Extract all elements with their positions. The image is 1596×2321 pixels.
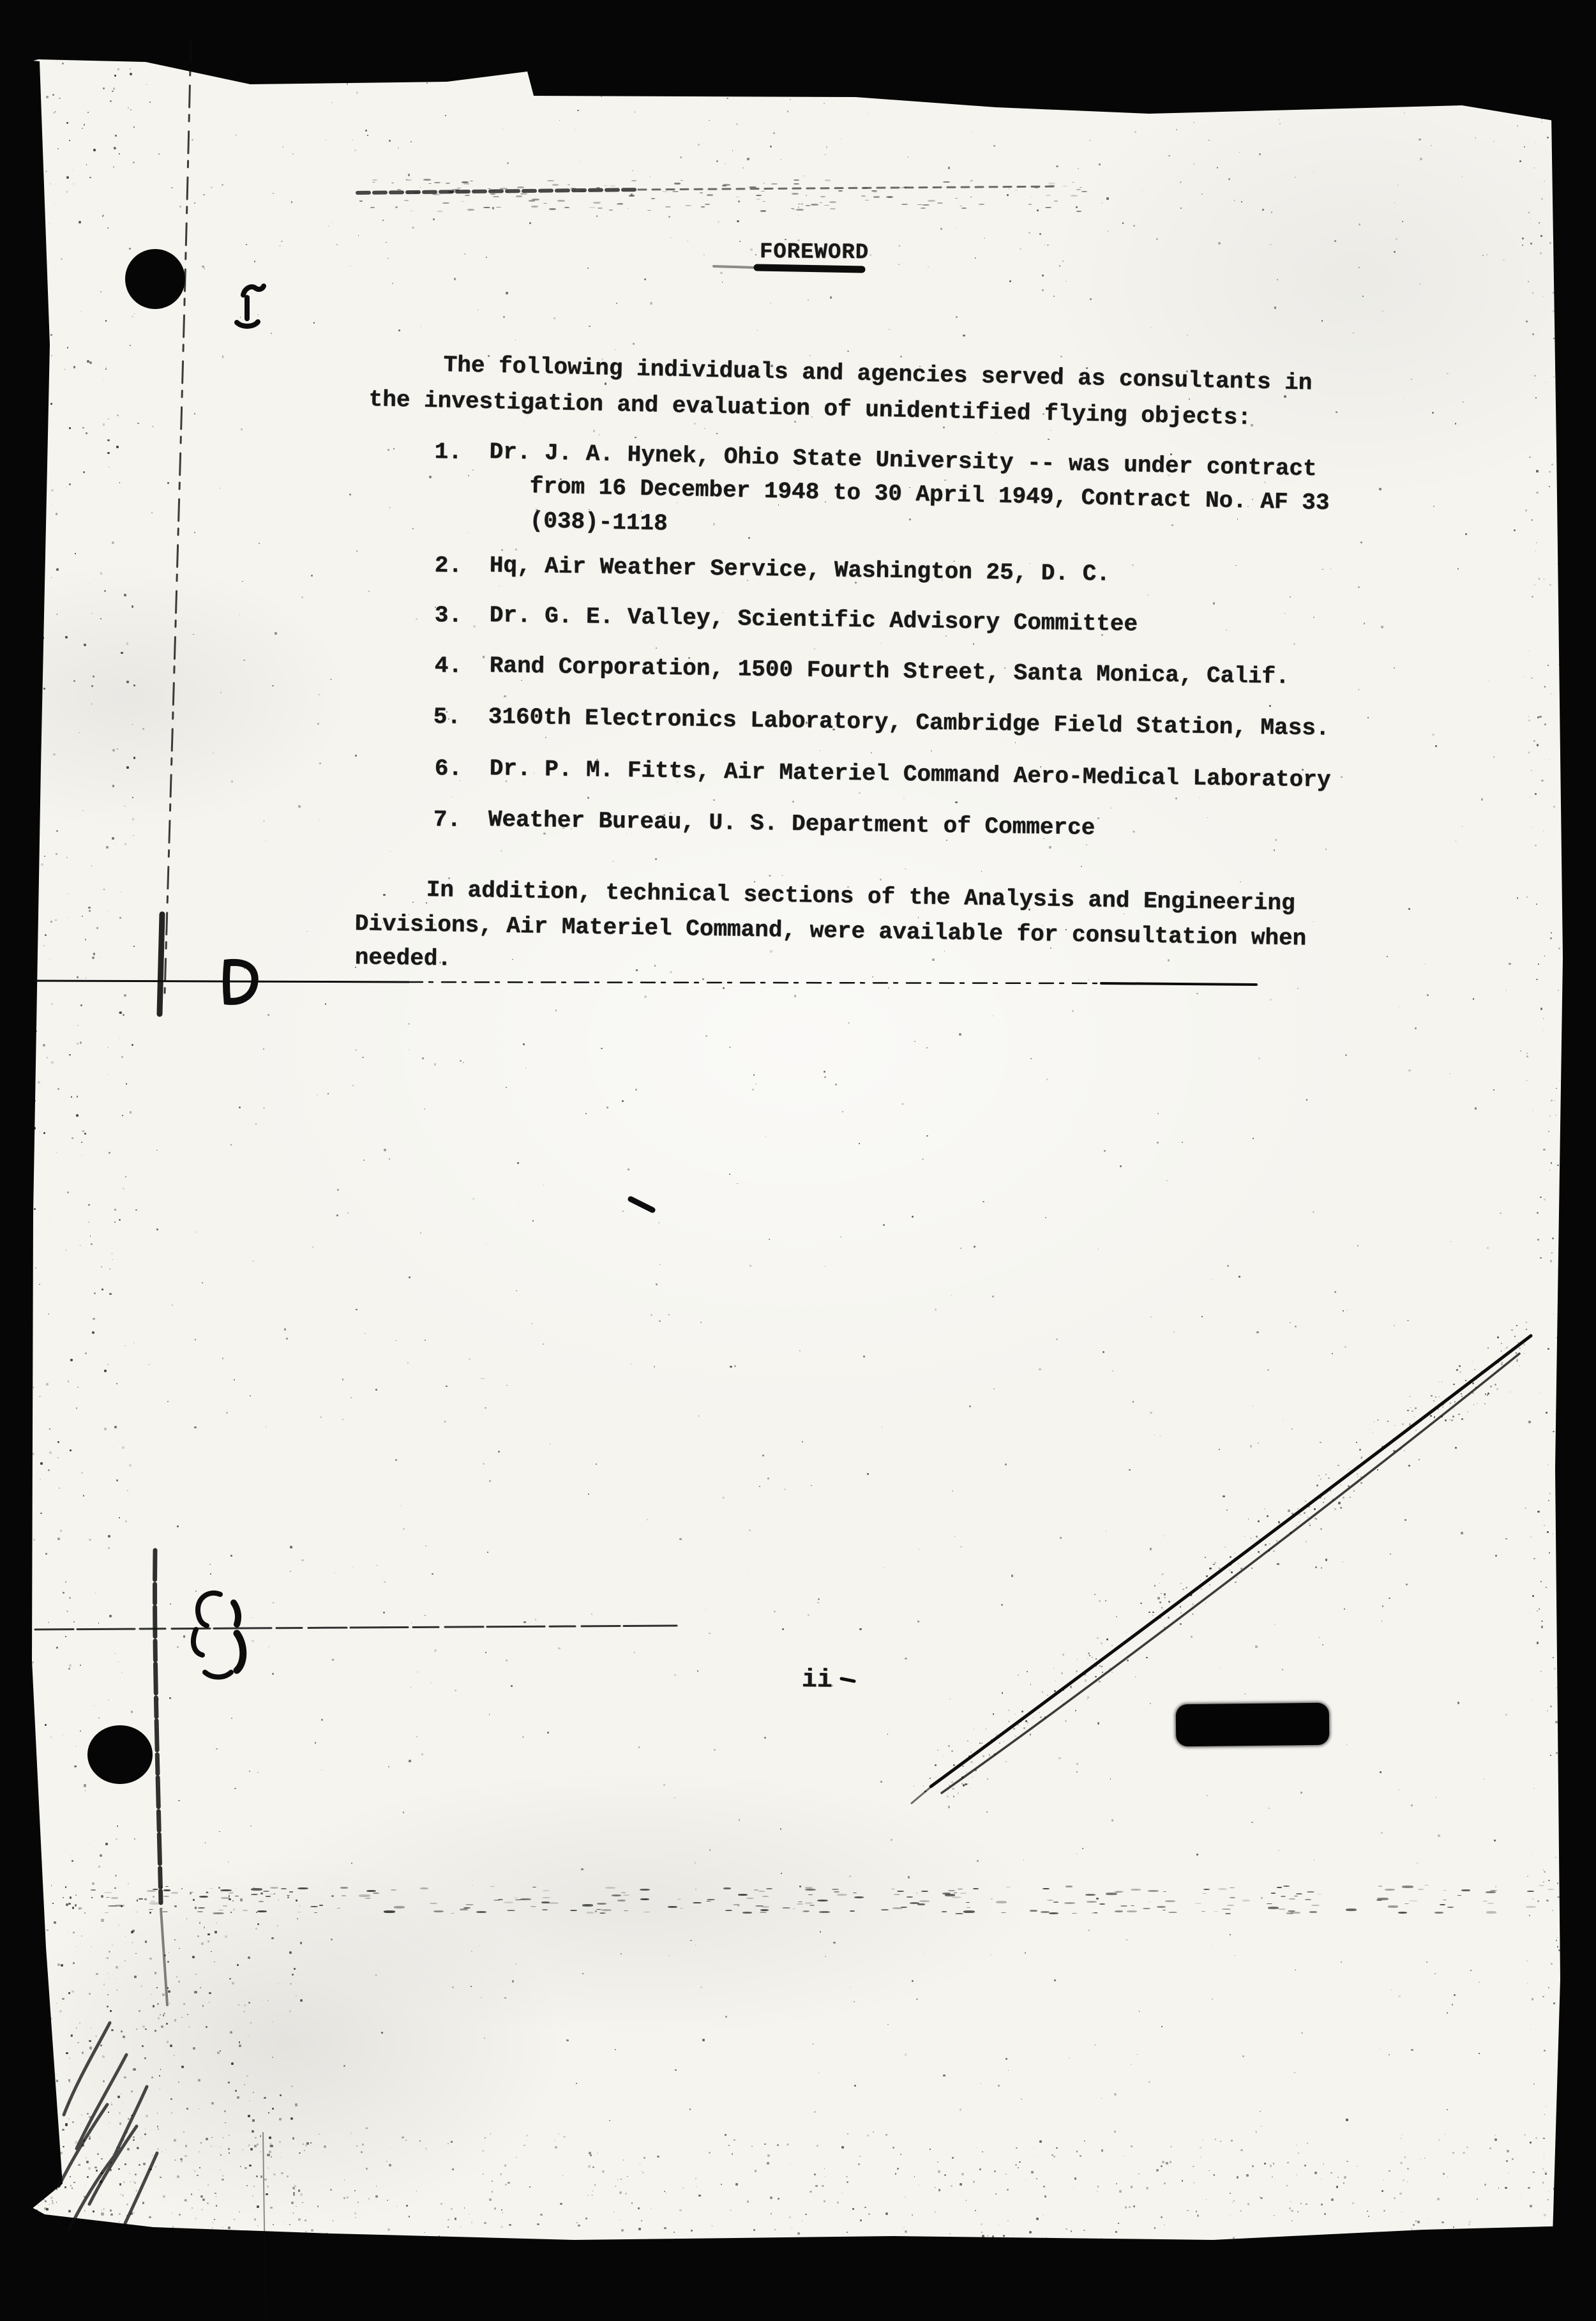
scan-border-left (0, 57, 63, 2235)
scan-border-top (0, 0, 1596, 128)
list-item-number: 6. (434, 757, 462, 781)
crease-line (35, 981, 409, 982)
fold-line (155, 1550, 161, 1903)
crease-line (409, 982, 1101, 983)
scan-border-right (1550, 0, 1596, 2321)
scanned-document-page: FOREWORD The following individuals and a… (0, 0, 1596, 2321)
fold-line (160, 914, 162, 1014)
title-underline (757, 268, 862, 269)
fold-line (161, 1909, 167, 2005)
closing-line: needed. (354, 946, 451, 971)
list-item-text: Weather Bureau, U. S. Department of Comm… (488, 808, 1095, 840)
list-item-number: 7. (433, 808, 461, 832)
list-item-text: 3160th Electronics Laboratory, Cambridge… (488, 706, 1329, 740)
fold-line (263, 2133, 266, 2318)
page-number: ii (802, 1668, 832, 1693)
closing-line: In addition, technical sections of the A… (426, 879, 1295, 915)
scribble-i-mark (237, 286, 264, 326)
page-title: FOREWORD (760, 241, 869, 264)
diagonal-crease (912, 1786, 932, 1803)
pen-slash-mark (631, 1199, 652, 1210)
hole-punch-icon (125, 249, 185, 309)
list-item-text: (038)-1118 (529, 510, 668, 536)
list-item-number: 5. (433, 706, 461, 729)
list-item-number: 3. (434, 604, 462, 628)
list-item-text: Rand Corporation, 1500 Fourth Street, Sa… (489, 654, 1289, 688)
hole-punch-icon (87, 1725, 153, 1784)
pen-hatch-marks (59, 2023, 157, 2230)
stray-dash-mark (841, 1679, 854, 1681)
intro-line: the investigation and evaluation of unid… (368, 388, 1251, 430)
list-item-number: 1. (434, 441, 462, 464)
list-item-text: from 16 December 1948 to 30 April 1949, … (529, 475, 1329, 515)
title-underline (714, 266, 753, 268)
fold-line (165, 40, 191, 993)
list-item-text: Dr. G. E. Valley, Scientific Advisory Co… (489, 604, 1138, 636)
scribble-8-mark (193, 1593, 243, 1677)
redaction-bar (1176, 1703, 1330, 1747)
list-item-text: Dr. P. M. Fitts, Air Materiel Command Ae… (489, 757, 1330, 792)
list-item-text: Hq, Air Weather Service, Washington 25, … (489, 554, 1110, 586)
handwritten-d-mark (227, 962, 255, 1001)
list-item-number: 4. (434, 654, 462, 678)
closing-line: Divisions, Air Materiel Command, were av… (354, 912, 1306, 950)
crease-line (1101, 983, 1256, 985)
intro-line: The following individuals and agencies s… (443, 354, 1312, 395)
scan-noise (0, 0, 1596, 2321)
crease-line (35, 1626, 677, 1629)
scan-streak (358, 190, 638, 193)
scan-border-bottom (0, 2190, 1596, 2321)
list-item-number: 2. (434, 554, 462, 578)
scan-artifacts-layer (0, 0, 1596, 2321)
scan-streak (638, 186, 1057, 190)
